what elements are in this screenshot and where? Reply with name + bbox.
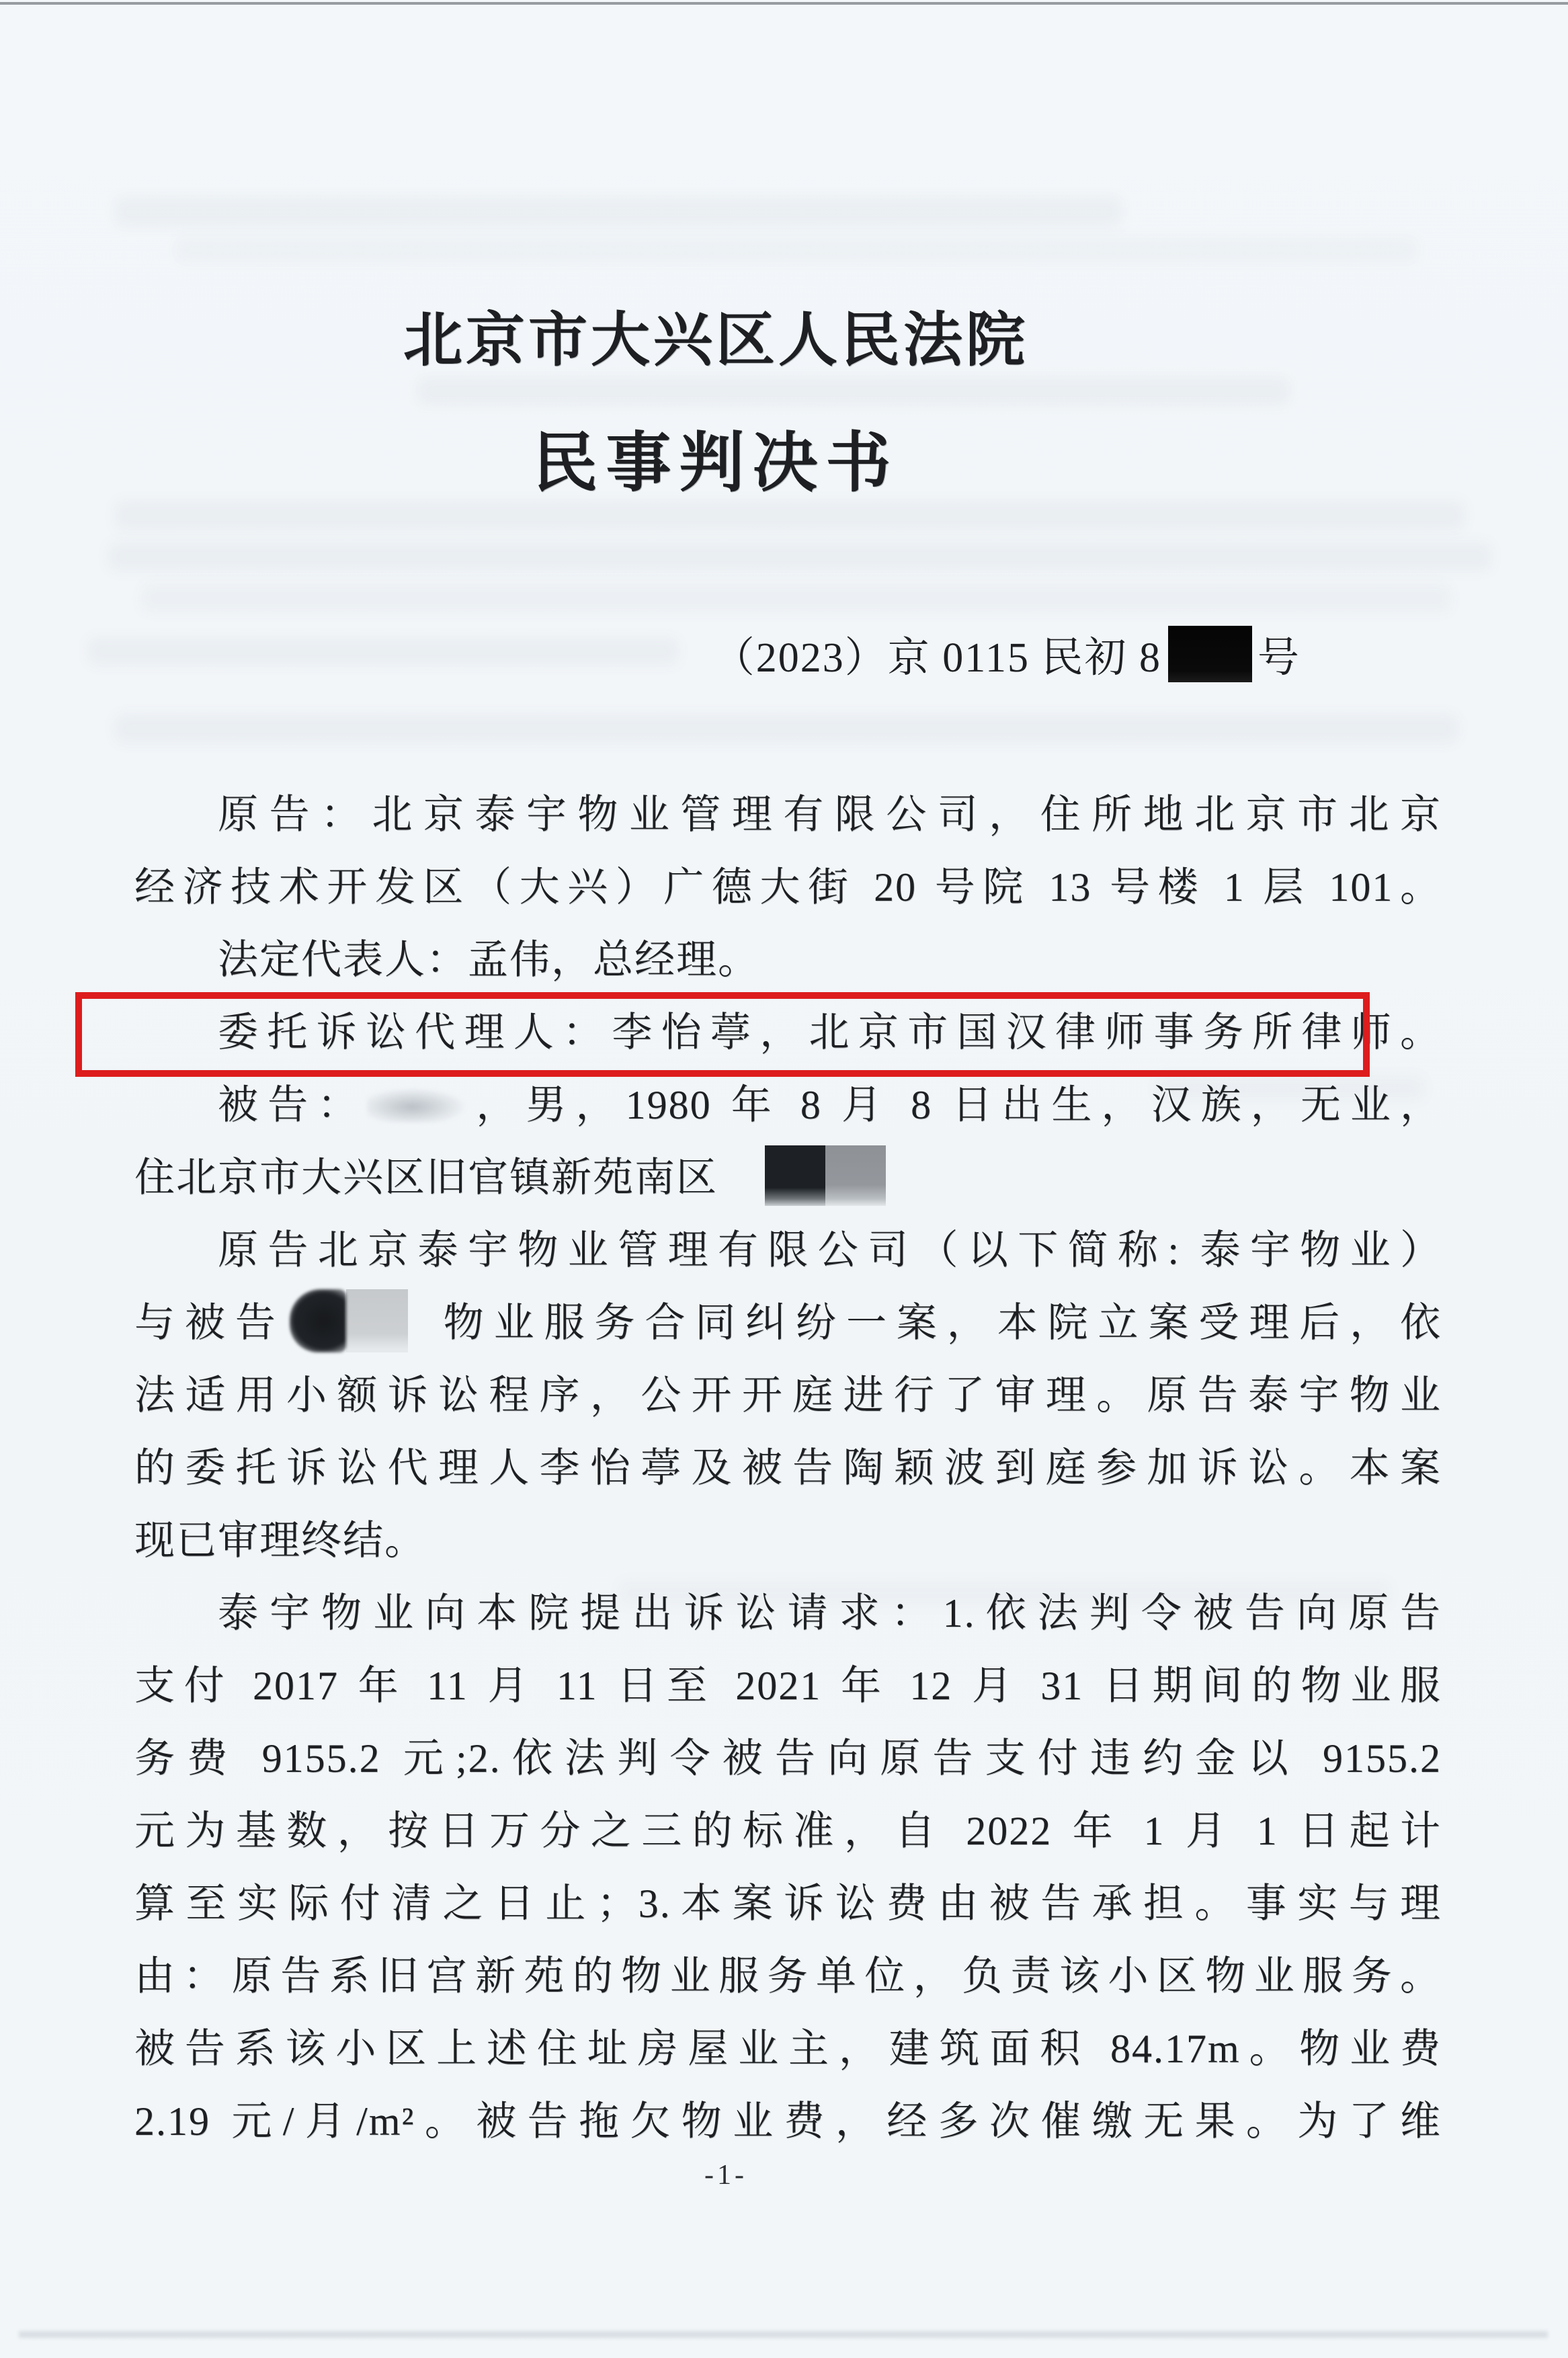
document-type-title: 民事判决书 [0, 410, 1432, 504]
redacted-defendant-name-smudge [367, 1088, 468, 1123]
claims-line-1: 泰宇物业向本院提出诉讼请求：1.依法判令被告向原告 [134, 1577, 1442, 1650]
bleed-through-artifact [114, 714, 1458, 743]
claims-line-6: 由：原告系旧宫新苑的物业服务单位，负责该小区物业服务。 [134, 1940, 1442, 2013]
claims-line-4: 元为基数，按日万分之三的标准，自 2022 年 1 月 1 日起计 [134, 1795, 1442, 1867]
claims-line-7: 被告系该小区上述住址房屋业主，建筑面积 84.17m。物业费 [134, 2013, 1442, 2085]
scan-edge-artifact-top [0, 2, 1568, 5]
bleed-through-artifact [114, 196, 1122, 227]
defendant-label: 被告： [218, 1083, 367, 1127]
defendant-address: 住北京市大兴区旧官镇新苑南区 [134, 1155, 718, 1200]
redaction-blob-defendant-gray [346, 1289, 408, 1352]
claims-line-2: 支付 2017 年 11 月 11 日至 2021 年 12 月 31 日期间的… [134, 1650, 1442, 1722]
court-name-title: 北京市大兴区人民法院 [0, 293, 1432, 378]
scan-edge-artifact-bottom [19, 2331, 1548, 2338]
case-number-suffix: 号 [1257, 635, 1301, 681]
defendant-address-line: 住北京市大兴区旧官镇新苑南区 [134, 1141, 1442, 1214]
proceedings-line-5: 现已审理终结。 [134, 1504, 1442, 1577]
claims-line-3: 务费 9155.2 元;2.依法判令被告向原告支付违约金以 9155.2 [134, 1722, 1442, 1795]
proceedings-line-1: 原告北京泰宇物业管理有限公司（以下简称: 泰宇物业） [134, 1214, 1442, 1287]
bleed-through-artifact [141, 583, 1452, 613]
defendant-info: ，男，1980 年 8 月 8 日出生，汉族，无业， [468, 1083, 1442, 1127]
legal-representative-line: 法定代表人：孟伟，总经理。 [134, 924, 1442, 996]
proceedings-line-2-before: 与被告 [134, 1301, 286, 1345]
plaintiff-line-1: 原告：北京泰宇物业管理有限公司，住所地北京市北京 [134, 778, 1442, 851]
bleed-through-artifact [175, 237, 1418, 263]
bleed-through-artifact [114, 500, 1465, 531]
agent-line-highlighted: 委托诉讼代理人：李怡葶，北京市国汉律师事务所律师。 [134, 996, 1442, 1069]
redaction-box-address-gray [825, 1145, 886, 1206]
redaction-box-case-number [1168, 626, 1252, 682]
judgment-body: 原告：北京泰宇物业管理有限公司，住所地北京市北京 经济技术开发区（大兴）广德大街… [134, 778, 1442, 2158]
redaction-blob-defendant-dark [290, 1289, 346, 1352]
case-number-prefix: （2023）京 0115 民初 8 [713, 635, 1161, 681]
page-number: -1- [0, 2159, 1452, 2191]
case-number-line: （2023）京 0115 民初 8号 [0, 624, 1301, 684]
proceedings-line-2: 与被告物业服务合同纠纷一案，本院立案受理后，依 [134, 1287, 1442, 1359]
proceedings-line-2-after: 物业服务合同纠纷一案，本院立案受理后，依 [435, 1301, 1442, 1345]
proceedings-line-3: 法适用小额诉讼程序，公开开庭进行了审理。原告泰宇物业 [134, 1359, 1442, 1432]
claims-line-8: 2.19 元/月/m²。被告拖欠物业费，经多次催缴无果。为了维 [134, 2085, 1442, 2158]
plaintiff-line-2: 经济技术开发区（大兴）广德大街 20 号院 13 号楼 1 层 101。 [134, 851, 1442, 924]
bleed-through-artifact [108, 542, 1492, 571]
claims-line-5: 算至实际付清之日止；3.本案诉讼费由被告承担。事实与理 [134, 1867, 1442, 1940]
bleed-through-artifact [417, 376, 1290, 406]
scanned-judgment-page: 北京市大兴区人民法院 民事判决书 （2023）京 0115 民初 8号 原告：北… [0, 0, 1568, 2358]
proceedings-line-4: 的委托诉讼代理人李怡葶及被告陶颖波到庭参加诉讼。本案 [134, 1432, 1442, 1504]
redaction-box-address-dark [765, 1145, 825, 1206]
defendant-info-line: 被告：，男，1980 年 8 月 8 日出生，汉族，无业， [134, 1069, 1442, 1141]
